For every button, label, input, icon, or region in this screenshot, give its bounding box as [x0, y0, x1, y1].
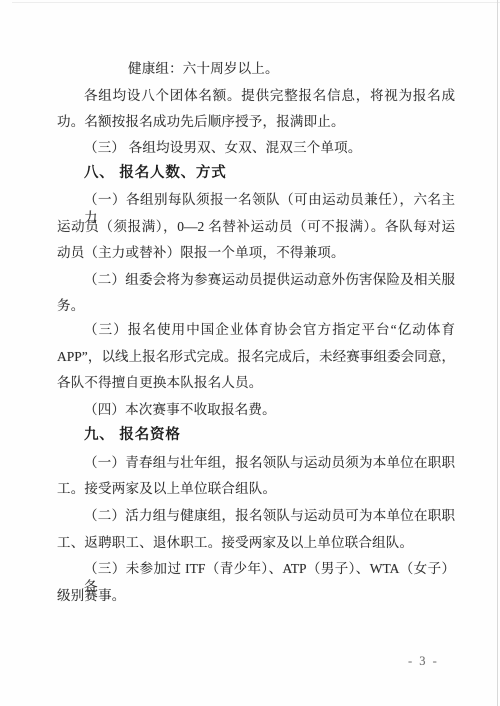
scan-edge-right	[497, 0, 498, 706]
section-heading-9: 九、 报名资格	[84, 426, 181, 444]
body-line: 功。名额按报名成功先后顺序授予，报满即止。	[57, 113, 345, 131]
body-line: （二）组委会将为参赛运动员提供运动意外伤害保险及相关服	[84, 271, 455, 289]
body-line: （三）未参加过 ITF（青少年）、ATP（男子）、WTA（女子）各	[84, 560, 455, 596]
body-line: 各组均设八个团体名额。提供完整报名信息，将视为报名成	[84, 87, 455, 105]
body-line: APP”，以线上报名形式完成。报名完成后，未经赛事组委会同意，	[57, 348, 455, 366]
scan-edge-top	[12, 2, 500, 3]
body-line: 务。	[57, 297, 84, 315]
section-heading-8: 八、 报名人数、方式	[84, 164, 227, 182]
body-line: 工。接受两家及以上单位联合组队。	[57, 480, 276, 498]
body-line: 动员（主力或替补）限报一个单项，不得兼项。	[57, 244, 345, 262]
body-line: （三）报名使用中国企业体育协会官方指定平台“亿动体育	[84, 321, 455, 339]
body-line: 各队不得擅自更换本队报名人员。	[57, 374, 263, 392]
body-line: （一）青春组与壮年组，报名领队与运动员须为本单位在职职	[84, 454, 455, 472]
body-line: 健康组：六十周岁以上。	[128, 60, 279, 78]
body-line: （二）活力组与健康组，报名领队与运动员可为本单位在职职	[84, 507, 455, 525]
page-number: - 3 -	[408, 654, 439, 669]
document-page: 健康组：六十周岁以上。 各组均设八个团体名额。提供完整报名信息，将视为报名成 功…	[0, 0, 500, 706]
body-line: （四）本次赛事不收取报名费。	[84, 401, 276, 419]
body-line: 运动员（须报满），0—2 名替补运动员（可不报满）。各队每对运	[57, 218, 455, 236]
body-line: 工、返聘职工、退休职工。接受两家及以上单位联合组队。	[57, 534, 413, 552]
body-line: 级别赛事。	[57, 587, 126, 605]
body-line: （三） 各组均设男双、女双、混双三个单项。	[84, 139, 362, 157]
